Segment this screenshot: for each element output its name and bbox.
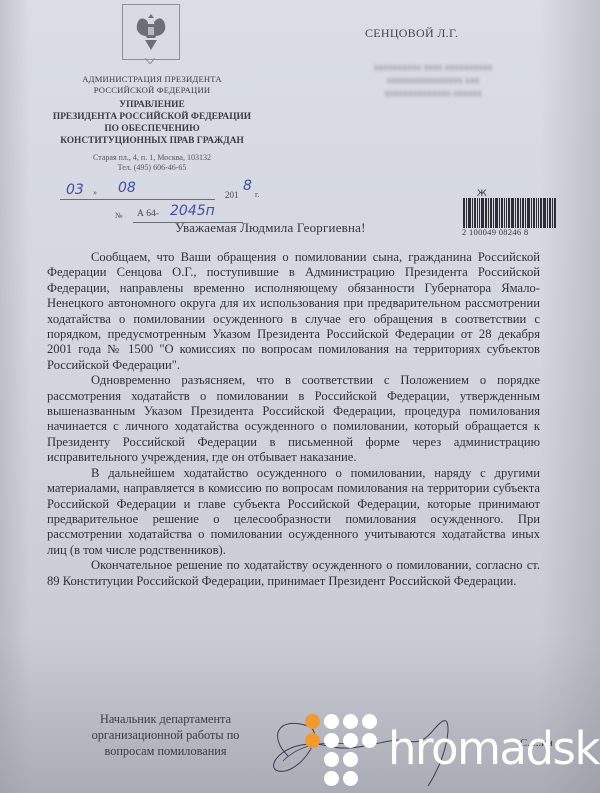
greeting: Уважаемая Людмила Георгиевна! bbox=[175, 220, 366, 236]
page-shadow-right bbox=[540, 0, 600, 793]
paragraph: Сообщаем, что Ваши обращения о помилован… bbox=[47, 250, 540, 373]
signatory-line1: Начальник департамента bbox=[78, 711, 253, 727]
hromadske-logo-text: hromadske bbox=[388, 724, 600, 774]
reference-prefix: А 64- bbox=[137, 209, 159, 219]
letterhead: Администрация Президента Российской Феде… bbox=[52, 74, 252, 173]
letterhead-bold1: Управление bbox=[52, 99, 252, 111]
signatory-line2: организационной работы по bbox=[78, 727, 253, 743]
signatory-title: Начальник департамента организационной р… bbox=[78, 711, 253, 759]
letterhead-bold4: конституционных прав граждан bbox=[52, 135, 252, 147]
letterhead-line1: Администрация Президента bbox=[52, 74, 252, 85]
date-year-suffix: 8 bbox=[243, 178, 252, 194]
date-quote: » bbox=[93, 188, 97, 197]
date-year-prefix: 201 bbox=[225, 190, 239, 200]
blurred-line: xxxxxxxxxxxxxxxx xxx bbox=[318, 75, 548, 88]
letterhead-bold3: по обеспечению bbox=[52, 123, 252, 135]
hromadske-watermark: hromadske bbox=[305, 714, 600, 792]
letter-body: Сообщаем, что Ваши обращения о помилован… bbox=[47, 250, 540, 589]
barcode-number: 2 100049 08246 8 bbox=[462, 227, 528, 237]
blurred-line: xxxxxxxxxx xxxx xxxxxxxxxx bbox=[318, 62, 548, 75]
letterhead-bold2: Президента Российской Федерации bbox=[52, 111, 252, 123]
emblem-tick bbox=[145, 58, 155, 64]
date-month: 08 bbox=[118, 180, 136, 196]
paragraph: Одновременно разъясняем, что в соответст… bbox=[47, 373, 540, 465]
number-sign: № bbox=[115, 211, 123, 220]
date-day: 03 bbox=[66, 182, 84, 198]
hromadske-dots-icon bbox=[305, 714, 385, 790]
russian-coat-of-arms-icon bbox=[122, 4, 180, 60]
signatory-line3: вопросам помилования bbox=[78, 743, 253, 759]
blurred-line: xxxxxxxxxxxxxx xxxxxx bbox=[318, 88, 548, 101]
date-underline bbox=[60, 199, 215, 200]
barcode-icon bbox=[463, 198, 573, 228]
reference-handwritten: 2045п bbox=[170, 203, 215, 219]
letter-date: 03 » 08 201 8 г. bbox=[60, 182, 280, 202]
letterhead-line2: Российской Федерации bbox=[52, 85, 252, 96]
page-shadow-left bbox=[0, 0, 30, 793]
letterhead-phone: Тел. (495) 606-46-65 bbox=[52, 163, 252, 173]
paragraph: В дальнейшем ходатайство осужденного о п… bbox=[47, 466, 540, 558]
recipient-name: СЕНЦОВОЙ Л.Г. bbox=[365, 26, 458, 41]
recipient-address-blurred: xxxxxxxxxx xxxx xxxxxxxxxx xxxxxxxxxxxxx… bbox=[318, 62, 548, 101]
letterhead-address: Старая пл., 4, п. 1, Москва, 103132 bbox=[52, 153, 252, 163]
paragraph: Окончательное решение по ходатайству осу… bbox=[47, 558, 540, 589]
date-year-abbr: г. bbox=[255, 190, 259, 199]
